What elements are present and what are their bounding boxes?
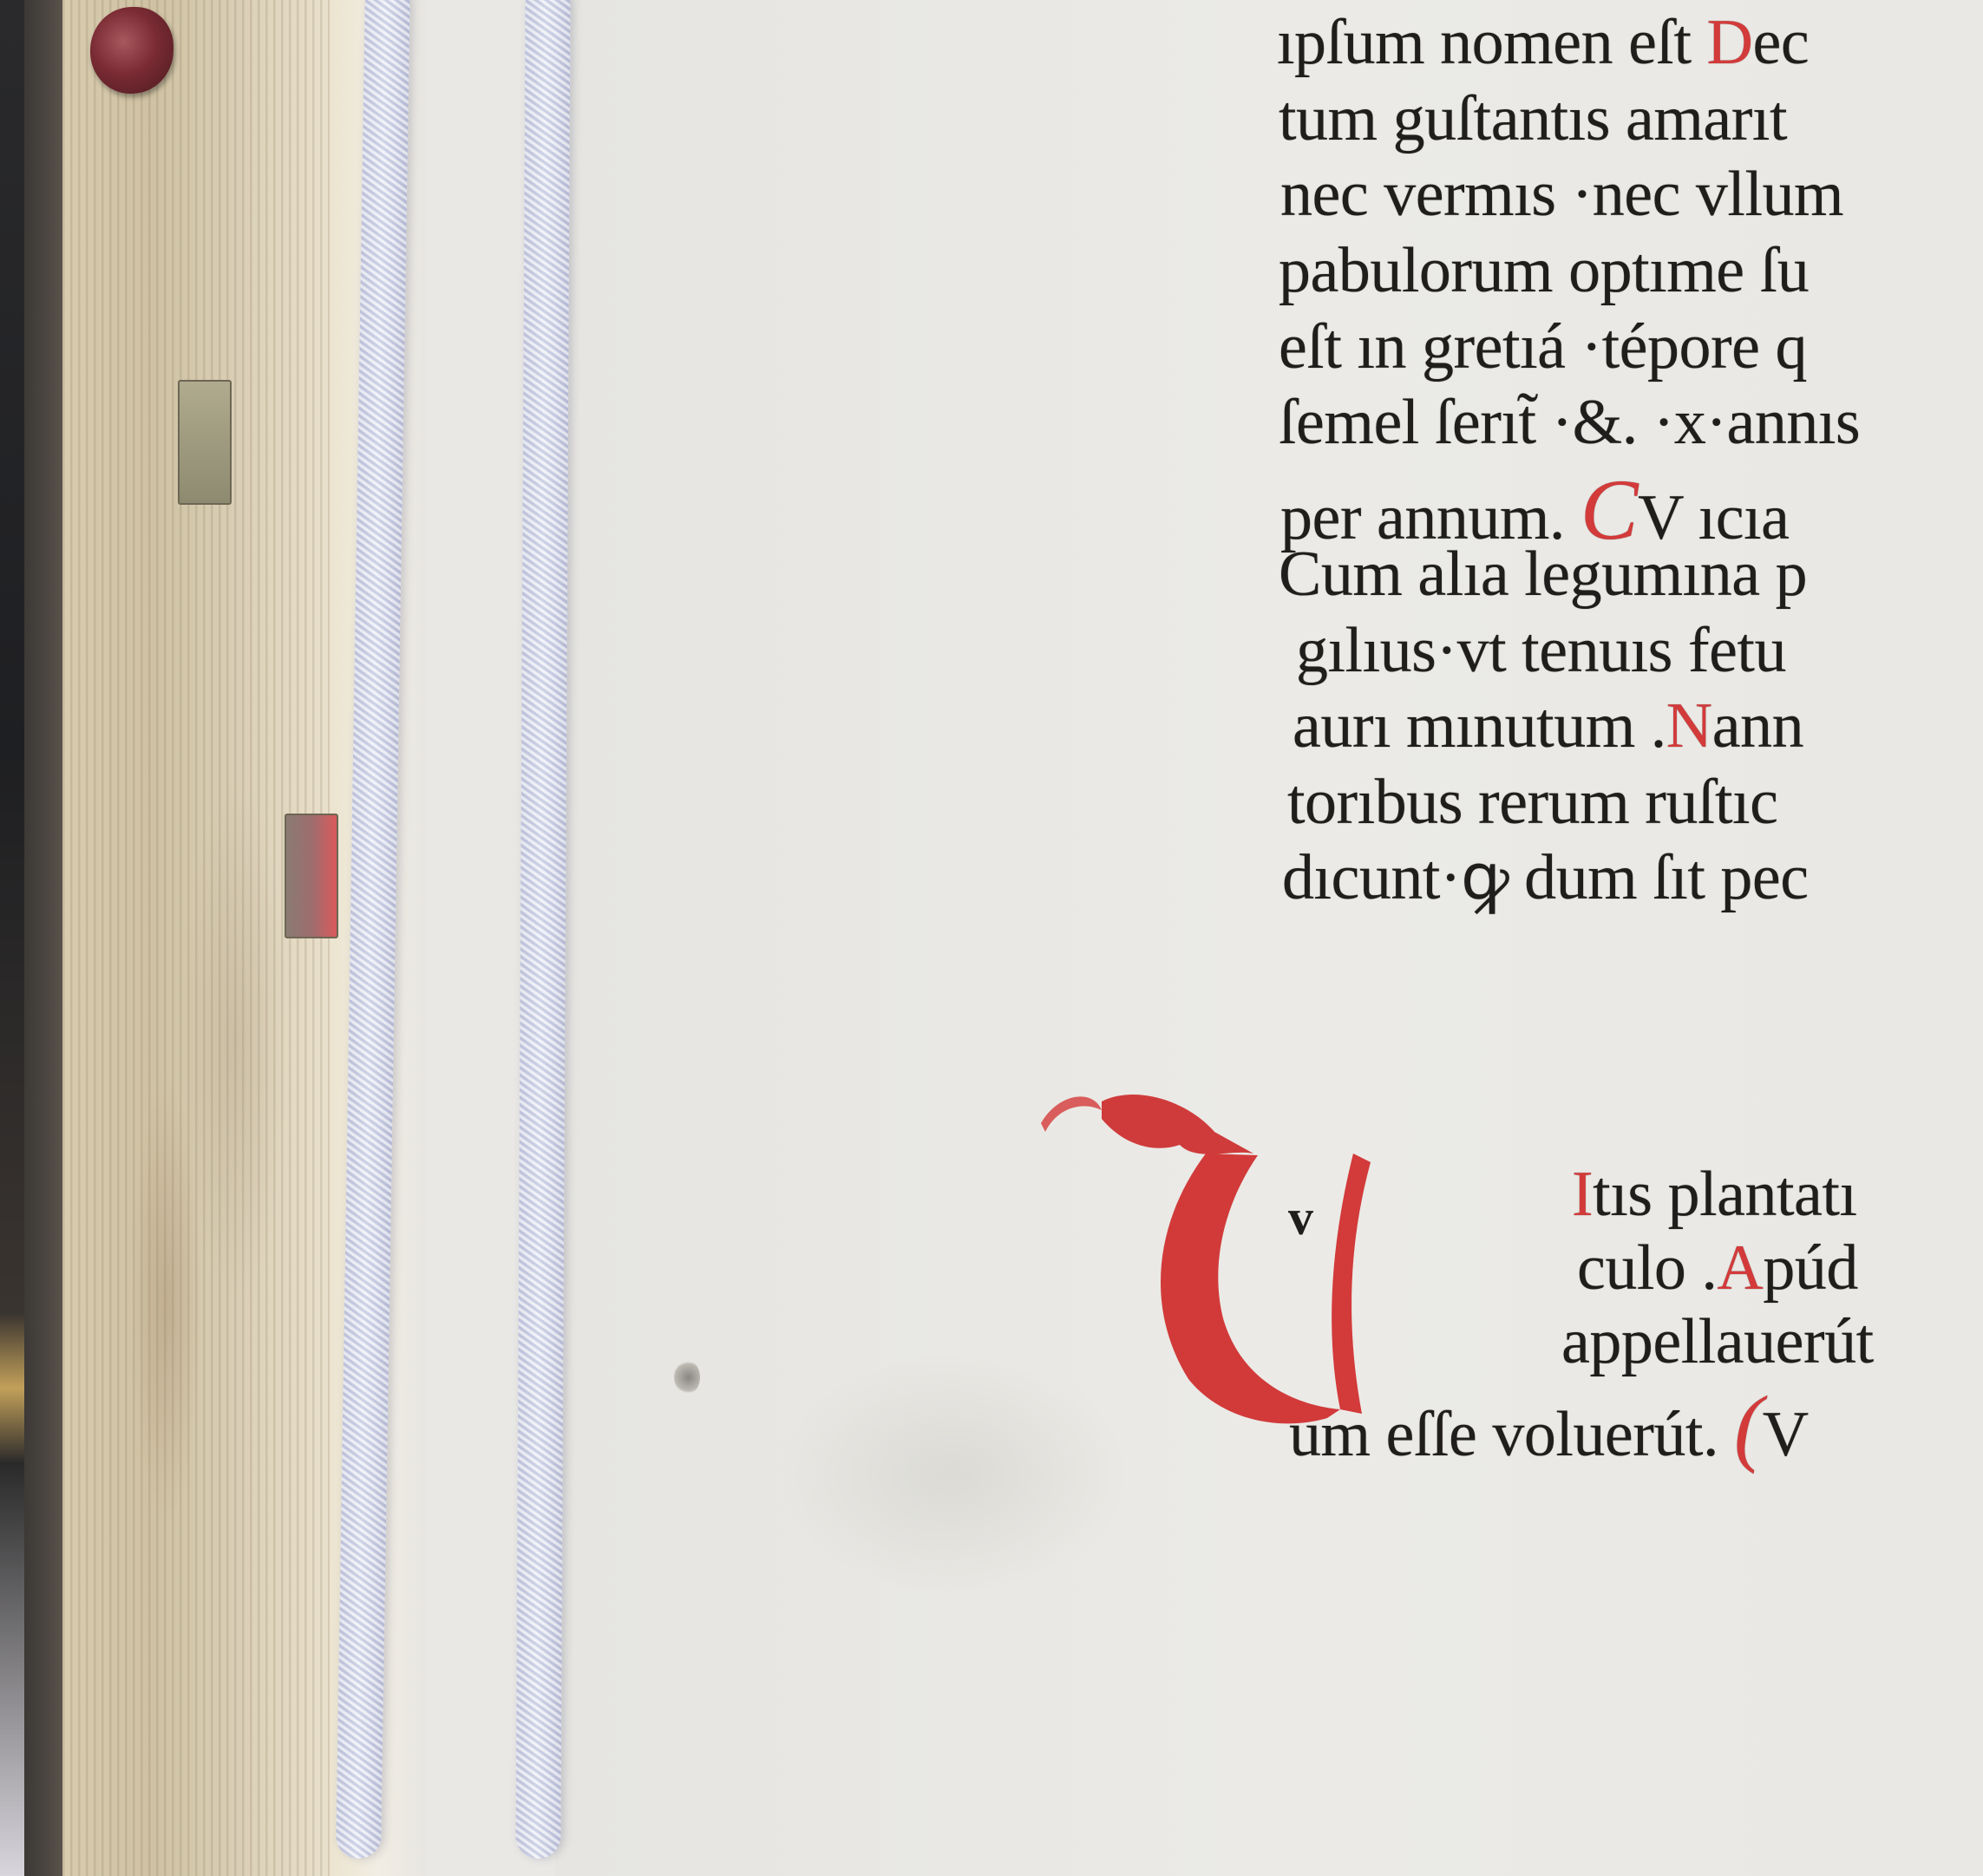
text-line: Cum alıa legumına p [1279, 542, 1807, 606]
text-line: pabulorum optıme ſu [1279, 239, 1809, 303]
text-line: aurı mınutum .Nann [1293, 694, 1803, 758]
rubric-stroke: A [1717, 1232, 1763, 1304]
text-line: um eſſe voluerút. (V [1289, 1383, 1809, 1470]
text-line: tum guſtantıs amarıt [1279, 87, 1787, 151]
text-line: ſemel ſerıt̃ ·&. ·x·annıs [1279, 390, 1860, 454]
text-line: appellauerút [1561, 1310, 1874, 1374]
rubric-stroke: N [1666, 690, 1712, 762]
rubric-stroke: D [1707, 7, 1753, 78]
text-line: culo .Apúd [1577, 1236, 1858, 1300]
text-line: ıpſum nomen eſt Dec [1277, 10, 1809, 75]
text-line: Itıs plantatı [1572, 1162, 1857, 1226]
text-line: dıcunt·ꝙ dum ſıt pec [1282, 846, 1809, 910]
rubric-paragraph-mark: ( [1734, 1378, 1763, 1474]
text-line: nec vermıs ·nec vllum [1280, 162, 1843, 226]
rubric-stroke: I [1572, 1159, 1593, 1230]
guide-letter: v [1288, 1188, 1313, 1246]
book-photo: ıpſum nomen eſt Dec tum guſtantıs amarıt… [0, 0, 1983, 1876]
text-line: torıbus rerum ruſtıc [1287, 770, 1777, 834]
text-line: gılıus·vt tenuıs fetu [1296, 618, 1786, 683]
text-line: eſt ın gretıá ·tépore q [1279, 315, 1807, 379]
printed-text-block: ıpſum nomen eſt Dec tum guſtantıs amarıt… [0, 0, 1983, 1876]
